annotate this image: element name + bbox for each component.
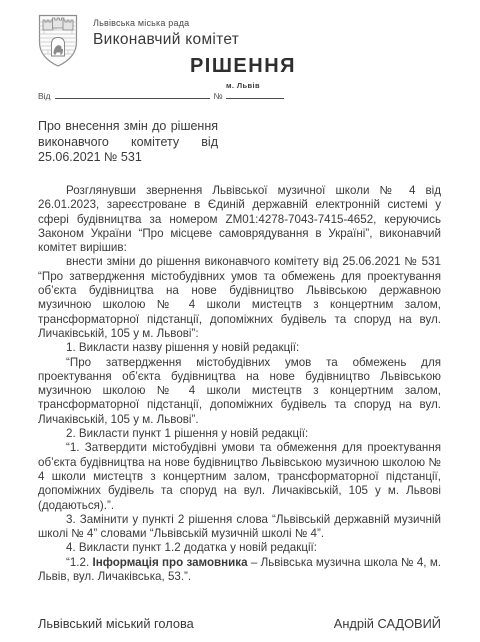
organization-block: Львівська міська рада Виконавчий комітет	[93, 14, 239, 49]
paragraph-preamble: Розглянувши звернення Львівської музично…	[38, 184, 441, 255]
number-blank-line	[226, 90, 284, 99]
paragraph-item-3: 3. Замінити у пункті 2 рішення слова “Ль…	[38, 513, 441, 542]
date-label: Від	[38, 91, 51, 101]
paragraph-new-point1-quote: “1. Затвердити містобудівні умови та обм…	[38, 441, 441, 512]
clause-prefix: “1.2.	[66, 556, 93, 569]
date-blank-line	[55, 90, 210, 99]
org-unit: Виконавчий комітет	[93, 31, 239, 49]
number-label: №	[214, 91, 223, 101]
paragraph-new-title-quote: “Про затвердження містобудівних умов та …	[38, 356, 441, 427]
document-body: Розглянувши звернення Львівської музично…	[38, 184, 441, 584]
date-number-line: Від№	[38, 90, 284, 101]
paragraph-amend-intro: внести зміни до рішення виконавчого комі…	[38, 255, 441, 341]
paragraph-clause-1-2: “1.2. Інформація про замовника – Львівсь…	[38, 556, 441, 585]
signer-position: Львівський міський голова	[38, 616, 194, 631]
signer-name: Андрій САДОВИЙ	[334, 616, 441, 631]
signature-row: Львівський міський голова Андрій САДОВИЙ	[38, 616, 441, 631]
title-block: РІШЕННЯ м. Львів	[0, 55, 480, 90]
decision-document-page: Львівська міська рада Виконавчий комітет…	[0, 0, 480, 642]
clause-bold-label: Інформація про замовника	[93, 556, 248, 569]
paragraph-item-4: 4. Викласти пункт 1.2 додатка у новій ре…	[38, 541, 441, 555]
paragraph-item-1: 1. Викласти назву рішення у новій редакц…	[38, 341, 441, 355]
document-place: м. Львів	[0, 81, 480, 90]
org-name: Львівська міська рада	[93, 18, 239, 28]
document-title: РІШЕННЯ	[0, 55, 480, 78]
paragraph-item-2: 2. Викласти пункт 1 рішення у новій реда…	[38, 427, 441, 441]
subject-title: Про внесення змін до рішення виконавчого…	[38, 119, 218, 166]
